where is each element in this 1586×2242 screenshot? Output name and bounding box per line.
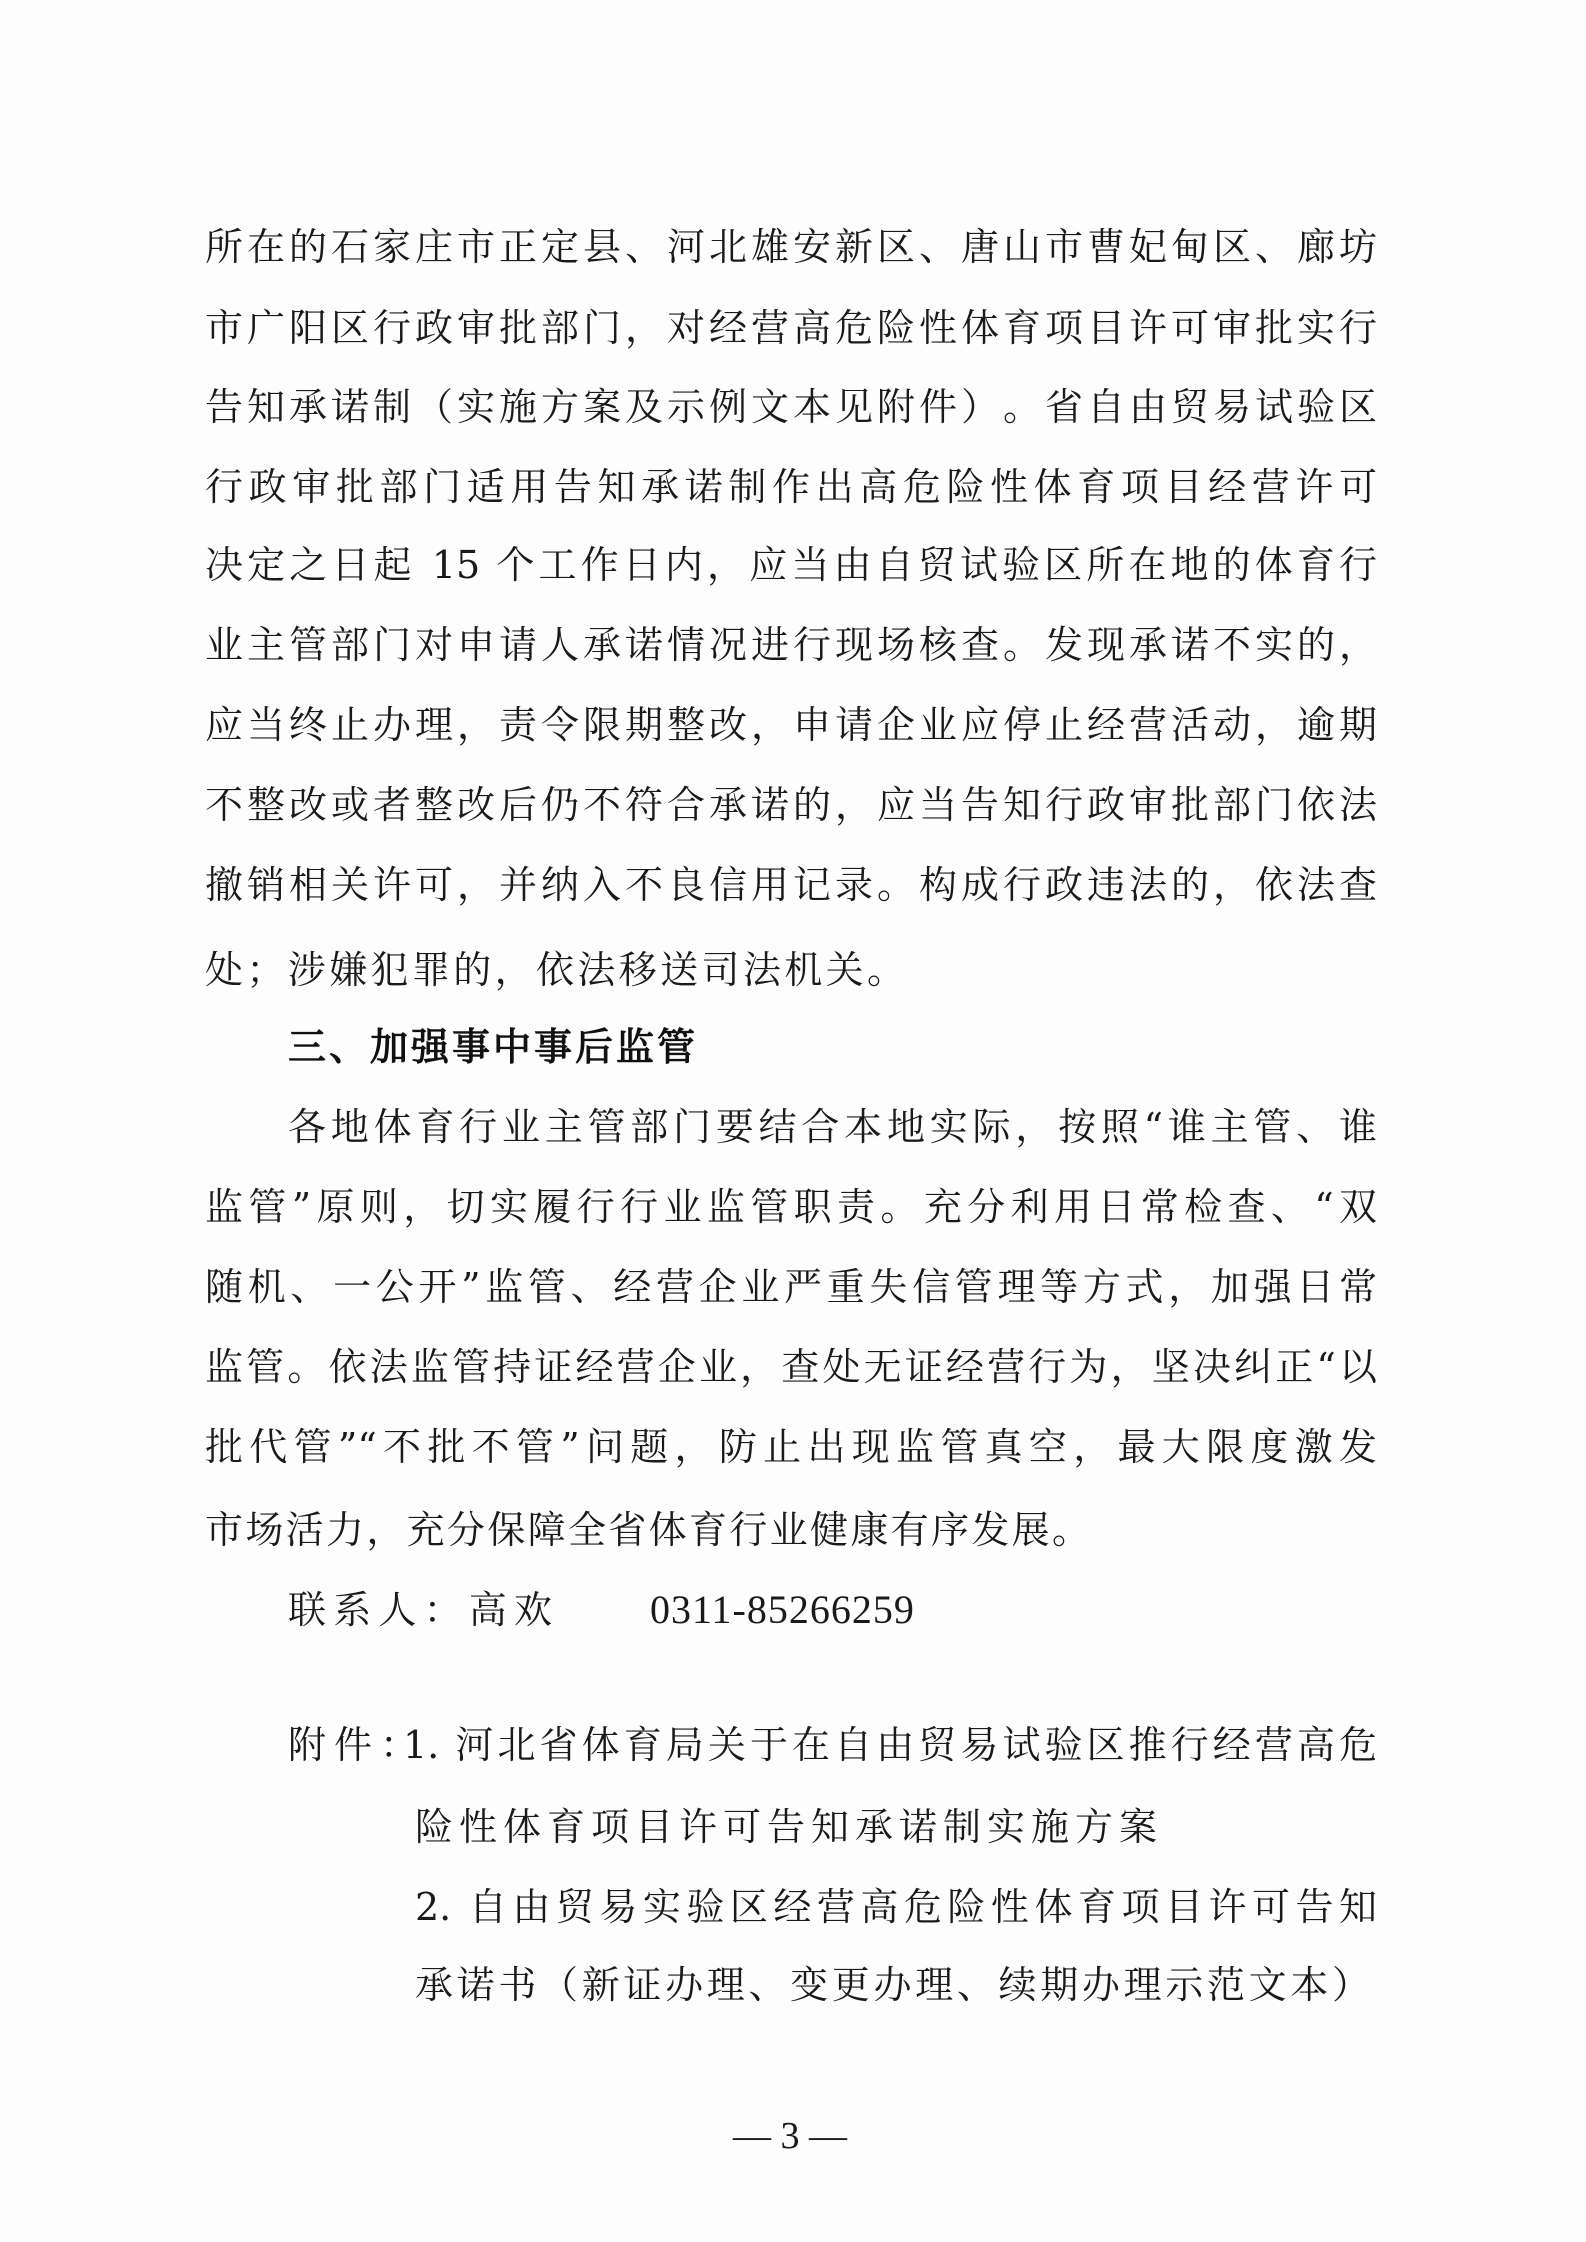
paragraph-line: 撤​销​相​关​许​可​，​并​纳​入​不​良​信​用​记​录​。​构​成​行​… — [205, 857, 1377, 913]
paragraph-line: 行​政​审​批​部​门​适​用​告​知​承​诺​制​作​出​高​危​险​性​体​… — [205, 459, 1377, 515]
paragraph-line: 批​代​管​”​“​不​批​不​管​”​问​题​，​防​止​出​现​监​管​真​… — [205, 1419, 1377, 1475]
contact-phone: 0311-85266259 — [650, 1582, 915, 1638]
attachment-title: 1​.​ ​河​北​省​体​育​局​关​于​在​自​由​贸​易​试​验​区​推​… — [403, 1717, 1377, 1773]
paragraph-line: 各​地​体​育​行​业​主​管​部​门​要​结​合​本​地​实​际​，​按​照​… — [288, 1099, 1377, 1155]
attachment-title-continued: 承​诺​书​（​新​证​办​理​、​变​更​办​理​、​续​期​办​理​示​范​… — [415, 1957, 1370, 2013]
paragraph-line: 处​；​涉​嫌​犯​罪​的​，​依​法​移​送​司​法​机​关​。 — [205, 942, 905, 998]
paragraph-line: 应​当​终​止​办​理​，​责​令​限​期​整​改​，​申​请​企​业​应​停​… — [205, 697, 1377, 753]
paragraph-line: 不​整​改​或​者​整​改​后​仍​不​符​合​承​诺​的​，​应​当​告​知​… — [205, 777, 1377, 833]
attachment-item: 2​.​ ​自​由​贸​易​实​验​区​经​营​高​危​险​性​体​育​项​目​… — [415, 1879, 1377, 1935]
attachment-item: 附件： 1​.​ ​河​北​省​体​育​局​关​于​在​自​由​贸​易​试​验​… — [288, 1717, 1377, 1773]
contact-person: 联​系​人​：​高​欢 — [288, 1582, 558, 1638]
attachment-title-continued: 险性体育项目许可告知承诺制实施方案 — [415, 1799, 1215, 1855]
document-page: 所​在​的​石​家​庄​市​正​定​县​、​河​北​雄​安​新​区​、​唐​山​… — [0, 0, 1586, 2242]
paragraph-line: 监​管​。​依​法​监​管​持​证​经​营​企​业​，​查​处​无​证​经​营​… — [205, 1339, 1377, 1395]
paragraph-line: 监​管​”​原​则​，​切​实​履​行​行​业​监​管​职​责​。​充​分​利​… — [205, 1179, 1377, 1235]
paragraph-line: 告​知​承​诺​制​（​实​施​方​案​及​示​例​文​本​见​附​件​）​。​… — [205, 379, 1377, 435]
section-heading: 三、加强事中事后监管 — [288, 1019, 988, 1075]
paragraph-line: 决​定​之​日​起​ ​1​5​ ​个​工​作​日​内​，​应​当​由​自​贸​… — [205, 537, 1377, 593]
page-number: — 3 — — [715, 2108, 865, 2164]
paragraph-line: 市​场​活​力​，​充​分​保​障​全​省​体​育​行​业​健​康​有​序​发​… — [205, 1502, 1090, 1558]
paragraph-line: 业​主​管​部​门​对​申​请​人​承​诺​情​况​进​行​现​场​核​查​。​… — [205, 617, 1377, 673]
paragraph-line: 随​机​、​一​公​开​”​监​管​、​经​营​企​业​严​重​失​信​管​理​… — [205, 1259, 1377, 1315]
paragraph-line: 市​广​阳​区​行​政​审​批​部​门​，​对​经​营​高​危​险​性​体​育​… — [205, 300, 1377, 356]
paragraph-line: 所​在​的​石​家​庄​市​正​定​县​、​河​北​雄​安​新​区​、​唐​山​… — [205, 219, 1377, 275]
contact-line: 联​系​人​：​高​欢 0311-85266259 — [288, 1582, 1288, 1638]
